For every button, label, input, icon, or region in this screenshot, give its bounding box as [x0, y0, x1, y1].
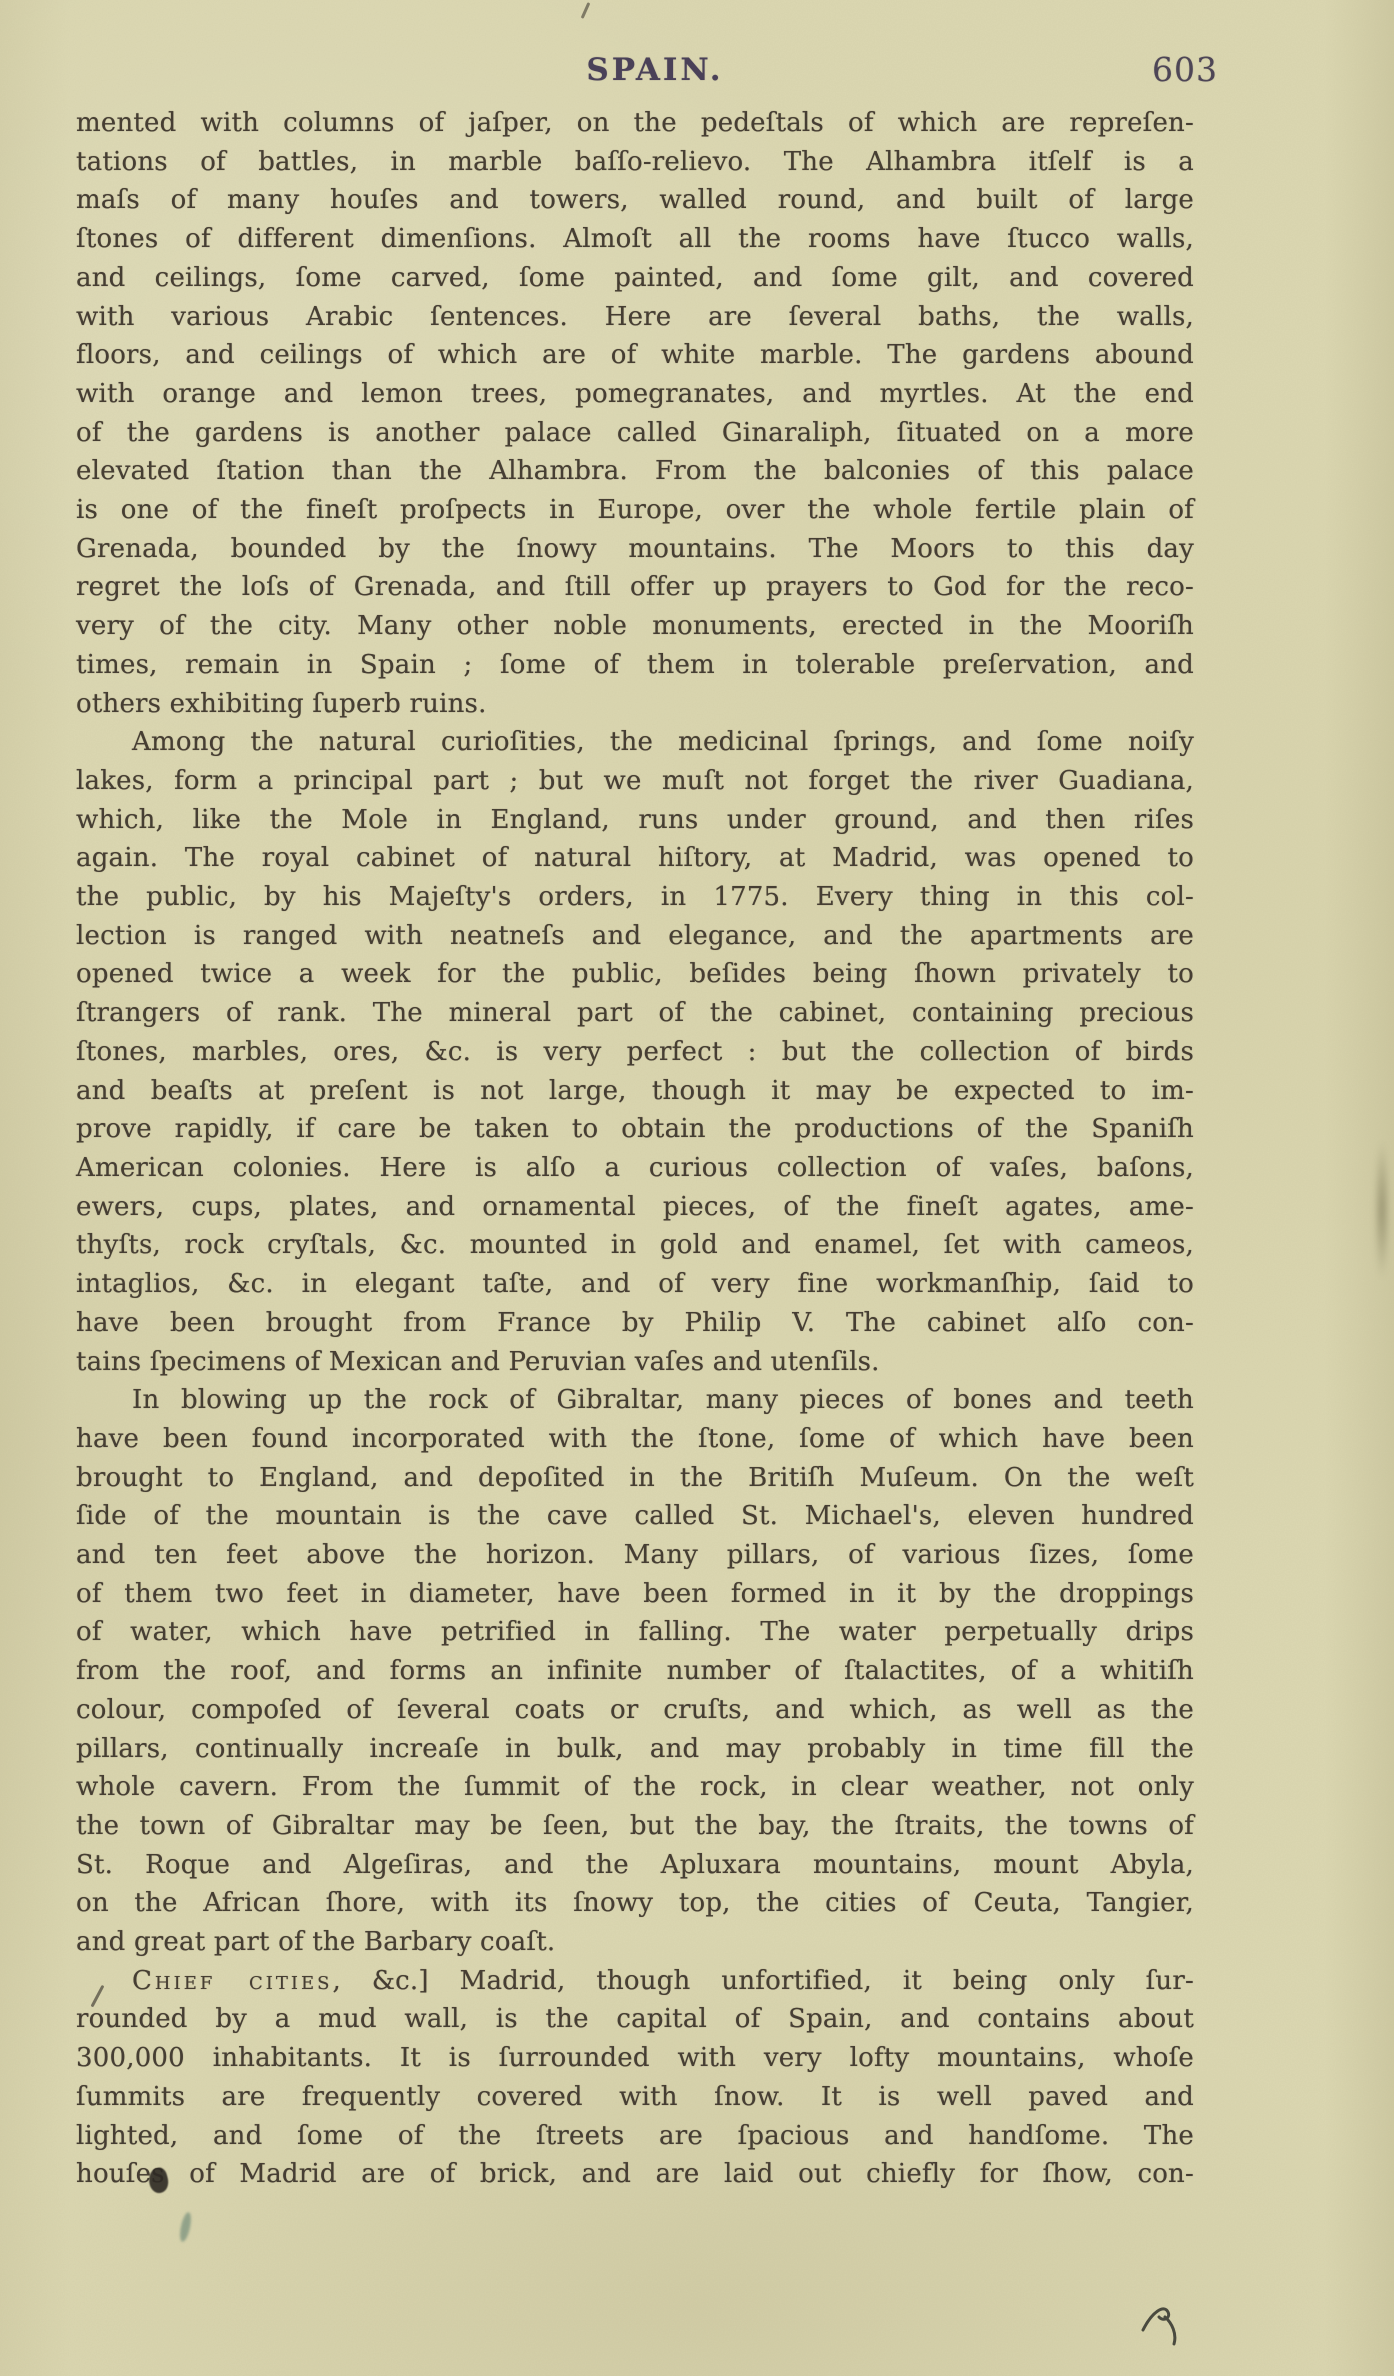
text-line: elevated ſtation than the Alhambra. From… — [76, 452, 1194, 491]
text-line: have been found incorporated with the ſt… — [76, 1420, 1194, 1459]
text-line: Grenada, bounded by the ſnowy mountains.… — [76, 530, 1194, 569]
text-line: ſtrangers of rank. The mineral part of t… — [76, 994, 1194, 1033]
text-line: brought to England, and depoſited in the… — [76, 1459, 1194, 1498]
text-line: mented with columns of jaſper, on the pe… — [76, 104, 1194, 143]
text-line: whole cavern. From the ſummit of the roc… — [76, 1768, 1194, 1807]
text-line: opened twice a week for the public, beſi… — [76, 955, 1194, 994]
text-line: Among the natural curioſities, the medic… — [76, 723, 1194, 762]
text-line: with various Arabic ſentences. Here are … — [76, 298, 1194, 337]
text-line: colour, compoſed of ſeveral coats or cru… — [76, 1691, 1194, 1730]
sidehead-smallcaps: Chief cities — [132, 1966, 332, 1996]
text-line: the public, by his Majeſty's orders, in … — [76, 878, 1194, 917]
text-line: on the African ſhore, with its ſnowy top… — [76, 1884, 1194, 1923]
text-line: regret the loſs of Grenada, and ſtill of… — [76, 568, 1194, 607]
text-line: ſtones of different dimenſions. Almoſt a… — [76, 220, 1194, 259]
text-line: houſes of Madrid are of brick, and are l… — [76, 2155, 1194, 2194]
paragraph: mented with columns of jaſper, on the pe… — [76, 104, 1194, 723]
text-line: again. The royal cabinet of natural hiſt… — [76, 839, 1194, 878]
text-line: Chief cities, &c.] Madrid, though unfort… — [76, 1962, 1194, 2001]
text-line: have been brought from France by Philip … — [76, 1304, 1194, 1343]
text-line: tains ſpecimens of Mexican and Peruvian … — [76, 1343, 1194, 1382]
text-line: from the roof, and forms an infinite num… — [76, 1652, 1194, 1691]
text-line: In blowing up the rock of Gibraltar, man… — [76, 1381, 1194, 1420]
text-line: St. Roque and Algeſiras, and the Apluxar… — [76, 1846, 1194, 1885]
text-line: thyſts, rock cryſtals, &c. mounted in go… — [76, 1226, 1194, 1265]
text-line: maſs of many houſes and towers, walled r… — [76, 181, 1194, 220]
text-line: and ten feet above the horizon. Many pil… — [76, 1536, 1194, 1575]
text-line: prove rapidly, if care be taken to obtai… — [76, 1110, 1194, 1149]
text-line: intaglios, &c. in elegant taſte, and of … — [76, 1265, 1194, 1304]
edge-smudge-icon — [1374, 1140, 1390, 1280]
paragraph: Chief cities, &c.] Madrid, though unfort… — [76, 1962, 1194, 2194]
text-line: ſtones, marbles, ores, &c. is very perfe… — [76, 1033, 1194, 1072]
paragraph: Among the natural curioſities, the medic… — [76, 723, 1194, 1381]
text-line: and beaſts at preſent is not large, thou… — [76, 1072, 1194, 1111]
text-line: rounded by a mud wall, is the capital of… — [76, 2000, 1194, 2039]
running-head: SPAIN. 603 — [0, 52, 1394, 104]
text-line: pillars, continually increaſe in bulk, a… — [76, 1730, 1194, 1769]
ink-squiggle-icon — [1138, 2292, 1186, 2348]
page-number: 603 — [1152, 50, 1218, 89]
text-line: ſide of the mountain is the cave called … — [76, 1497, 1194, 1536]
ink-mark-icon — [581, 2, 591, 19]
text-line: 300,000 inhabitants. It is ſurrounded wi… — [76, 2039, 1194, 2078]
text-line: American colonies. Here is alſo a curiou… — [76, 1149, 1194, 1188]
page-text: mented with columns of jaſper, on the pe… — [76, 104, 1194, 2194]
text-line: with orange and lemon trees, pomegranate… — [76, 375, 1194, 414]
text-line: which, like the Mole in England, runs un… — [76, 801, 1194, 840]
text-line: and great part of the Barbary coaſt. — [76, 1923, 1194, 1962]
book-page: SPAIN. 603 mented with columns of jaſper… — [0, 0, 1394, 2376]
text-line: and ceilings, ſome carved, ſome painted,… — [76, 259, 1194, 298]
text-line: very of the city. Many other noble monum… — [76, 607, 1194, 646]
text-line: ewers, cups, plates, and ornamental piec… — [76, 1188, 1194, 1227]
text-line: others exhibiting ſuperb ruins. — [76, 685, 1194, 724]
running-title: SPAIN. — [76, 52, 1194, 88]
ink-smudge-icon — [178, 2211, 193, 2242]
text-line: lection is ranged with neatneſs and eleg… — [76, 917, 1194, 956]
text-line: is one of the fineſt proſpects in Europe… — [76, 491, 1194, 530]
text-line: of water, which have petrified in fallin… — [76, 1613, 1194, 1652]
text-line: of them two feet in diameter, have been … — [76, 1575, 1194, 1614]
text-line: the town of Gibraltar may be ſeen, but t… — [76, 1807, 1194, 1846]
text-line: tations of battles, in marble baſſo-reli… — [76, 143, 1194, 182]
text-line: floors, and ceilings of which are of whi… — [76, 336, 1194, 375]
text-line: lighted, and ſome of the ſtreets are ſpa… — [76, 2117, 1194, 2156]
text-line: times, remain in Spain ; ſome of them in… — [76, 646, 1194, 685]
text-line: of the gardens is another palace called … — [76, 414, 1194, 453]
paragraph: In blowing up the rock of Gibraltar, man… — [76, 1381, 1194, 1962]
text-line: ſummits are frequently covered with ſnow… — [76, 2078, 1194, 2117]
text-line: lakes, form a principal part ; but we mu… — [76, 762, 1194, 801]
